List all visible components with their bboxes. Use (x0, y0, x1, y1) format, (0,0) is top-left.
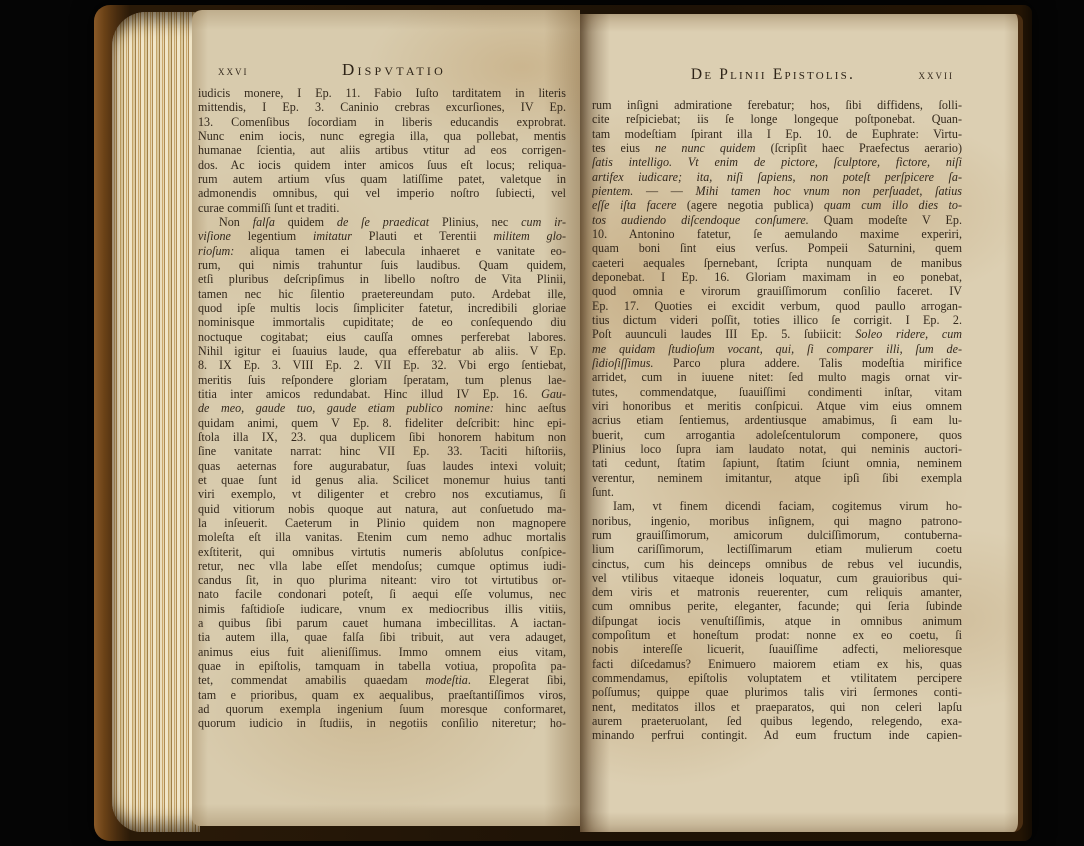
text-line: quae in epiſtolis, tamquam in tabella vo… (198, 659, 566, 673)
text-line: acrius etiam ſentiemus, ardentiusque ama… (592, 413, 962, 427)
text-line: rum, qui nimis trahuntur ſuis laudibus. … (198, 258, 566, 272)
text-line: tamen nec hic ſilentio praetereundam put… (198, 287, 566, 301)
text-line: admonendis omnibus, qui vel imperio noſt… (198, 186, 566, 200)
text-line: tam e prioribus, quam ex aequalibus, pra… (198, 688, 566, 702)
text-line: cum omnibus perite, eleganter, facunde; … (592, 599, 962, 613)
text-line: nimis faſtidioſe iudicare, vnum ex medio… (198, 602, 566, 616)
left-page: xxvi Dispvtatio iudicis monere, I Ep. 11… (192, 10, 580, 826)
text-line: ſtola illa IX, 23. qua duplicem ſibi hon… (198, 430, 566, 444)
text-line: arridet, cum in iuuene nitet: ſed multo … (592, 370, 962, 384)
text-line: moleſta eſt illa vanitas. Etenim cum nem… (198, 530, 566, 544)
text-line: cite reſpiciebat; iis ſe longe longeque … (592, 112, 962, 126)
text-line: cinctus, cum his deinceps omnibus de reb… (592, 557, 962, 571)
right-running-head: De Plinii Epistolis. xxvii (592, 66, 962, 84)
photo-background: xxvi Dispvtatio iudicis monere, I Ep. 11… (0, 0, 1084, 846)
text-line: minando perfrui contingit. Ad eum fructu… (592, 728, 962, 742)
text-line: eſſe iſta facere (agere negotia publica)… (592, 198, 962, 212)
text-line: curae commiſſi ſunt et traditi. (198, 201, 566, 215)
text-line: Nihil igitur ei ſuauius laude, qua effer… (198, 344, 566, 358)
text-line: et quae ſunt id genus alia. Scilicet mon… (198, 473, 566, 487)
text-line: titia inter amicos redundabat. Hinc illu… (198, 387, 566, 401)
text-line: 8. IX Ep. 3. VIII Ep. 2. VII Ep. 32. Vbi… (198, 358, 566, 372)
right-folio: xxvii (894, 67, 954, 83)
text-line: Poſt auunculi laudes III Ep. 5. ſubiicit… (592, 327, 962, 341)
text-line: tutes, commendatque, ſuauiſſimi condimen… (592, 385, 962, 399)
left-folio: xxvi (218, 63, 278, 79)
text-line: tius dictum videri poſſit, toties illico… (592, 313, 962, 327)
text-line: humanae ſcientia, aut aliis artibus vtit… (198, 143, 566, 157)
text-line: nobis intereſſe licuerit, ſuauiſſime adf… (592, 642, 962, 656)
right-running-title: De Plinii Epistolis. (652, 66, 894, 84)
text-line: nominisque immortalis cupiditate; de eo … (198, 315, 566, 329)
text-line: la inſeuerit. Caeterum in Plinio quidem … (198, 516, 566, 530)
text-line: de meo, gaude tuo, gaude etiam publico n… (198, 401, 566, 415)
text-line: pientem. — — Mihi tamen hoc vnum non per… (592, 184, 962, 198)
text-line: iudicis monere, I Ep. 11. Fabio Iuſto ta… (198, 86, 566, 100)
page-stack-fore-edge (112, 12, 200, 832)
text-line: tet, commendat amabilis quaedam modeſtia… (198, 673, 566, 687)
text-line: rum grauiſſimorum, amicorum dulciſſimoru… (592, 528, 962, 542)
text-line: verentur, neminem imitantur, atque ipſi … (592, 471, 962, 485)
text-line: viri exemplo, vt diligenter et crebro no… (198, 487, 566, 501)
text-line: tati cedunt, ſtatim ſapiunt, ſtatim ſciu… (592, 456, 962, 470)
text-line: etſi pluribus deſcripſimus in libello no… (198, 272, 566, 286)
text-line: quidam animi, quem V Ep. 8. fideliter de… (198, 416, 566, 430)
text-line: nent, meditatos illos et praeparatos, qu… (592, 700, 962, 714)
text-line: ad quorum exempla ingenium ſuum moresque… (198, 702, 566, 716)
text-line: dem viris et matronis reuerenter, cum re… (592, 585, 962, 599)
left-page-text: iudicis monere, I Ep. 11. Fabio Iuſto ta… (198, 86, 566, 731)
text-line: mittendis, I Ep. 3. Caninio crebras excu… (198, 100, 566, 114)
text-line: tia autem illa, quae falſa ſibi tribuit,… (198, 630, 566, 644)
text-line: poſſumus; quippe quae plurimos talis vir… (592, 685, 962, 699)
text-line: noribus, ingenio, moribus inſignem, qui … (592, 514, 962, 528)
text-line: noctuque cogitabat; eius cauſſa omnes pe… (198, 330, 566, 344)
text-line: me quidam ſtudioſum vocant, qui, ſi comp… (592, 342, 962, 356)
text-line: Iam, vt finem dicendi faciam, cogitemus … (592, 499, 962, 513)
text-line: a quibus ſibi parum cauet humana imbecil… (198, 616, 566, 630)
text-line: dos. Ac iocis quidem inter amicos ſuus e… (198, 158, 566, 172)
text-line: nato facile condonari poteſt, ſi aequi e… (198, 587, 566, 601)
text-line: animus eius fuit alieniſſimus. Immo omne… (198, 645, 566, 659)
text-line: candus ſit, in quo plurima niteant: viro… (198, 573, 566, 587)
text-line: ſunt. (592, 485, 962, 499)
text-line: lium cariſſimorum, lectiſſimarum etiam m… (592, 542, 962, 556)
text-line: viri honoribus et meritis conſpicui. Atq… (592, 399, 962, 413)
text-line: caeteri aequales ſpernebant, ſcripta nun… (592, 256, 962, 270)
text-line: vel vtilibus vitaeque idoneis loquatur, … (592, 571, 962, 585)
text-line: tos audiendo diſcendoque conſumere. Quam… (592, 213, 962, 227)
text-line: Nunc enim iocis, nunc egregia illa, qua … (198, 129, 566, 143)
text-line: exſtiterit, qui omnibus virtutis numeris… (198, 545, 566, 559)
text-line: quam boni ſint eius verſus. Pompeii Satu… (592, 241, 962, 255)
text-line: ſidioſiſſimus. Parco plura addere. Talis… (592, 356, 962, 370)
text-line: 13. Comenſibus ſocordiam in liberis educ… (198, 115, 566, 129)
text-line: 10. Antonino fatetur, ſe aemulando maxim… (592, 227, 962, 241)
text-line: rum inſigni admiratione ferebatur; hos, … (592, 98, 962, 112)
text-line: quid vitiorum nobis quoque aut natura, a… (198, 502, 566, 516)
text-line: aurem praeteruolant, ſed quibus legendo,… (592, 714, 962, 728)
text-line: quorum iudicio in ſtudiis, in negotiis c… (198, 716, 566, 730)
text-line: viſione legentium imitatur Plauti et Ter… (198, 229, 566, 243)
text-line: facti diſcedamus? Enimuero maiorem etiam… (592, 657, 962, 671)
text-line: artifex iudicare; ita, niſi ſapiens, non… (592, 170, 962, 184)
right-page: De Plinii Epistolis. xxvii rum inſigni a… (580, 14, 1023, 832)
text-line: quod ipſe multis locis ſimpliciter fatet… (198, 301, 566, 315)
text-line: deponebat. I Ep. 16. Gloriam maximam in … (592, 270, 962, 284)
text-line: Non falſa quidem de ſe praedicat Plinius… (198, 215, 566, 229)
text-line: diſpungat iocis venuſtiſſimis, atque in … (592, 614, 962, 628)
text-line: buerit, cum arrogantia adoleſcentulorum … (592, 428, 962, 442)
text-line: rum autem artium vſus quam latiſſime pat… (198, 172, 566, 186)
text-line: quas aeternas fore augurabatur, ſuas lau… (198, 459, 566, 473)
text-line: Ep. 17. Quoties ei excidit verbum, quod … (592, 299, 962, 313)
left-running-head: xxvi Dispvtatio (198, 60, 570, 80)
text-line: Plinius loco ſupra iam laudato notat, qu… (592, 442, 962, 456)
text-line: retur, nec vlla labe eſſet mendoſus; cum… (198, 559, 566, 573)
text-line: compoſitum et honeſtum prodat: nonne ex … (592, 628, 962, 642)
text-line: rioſum: aliqua tamen ei labecula inhaere… (198, 244, 566, 258)
text-line: commendamus, epiſtolis voluptatem et vti… (592, 671, 962, 685)
text-line: ſine vanitate narrat: hinc VII Ep. 33. T… (198, 444, 566, 458)
right-page-text: rum inſigni admiratione ferebatur; hos, … (592, 98, 962, 743)
text-line: quod omnia e virorum grauiſſimorum conſi… (592, 284, 962, 298)
left-running-title: Dispvtatio (278, 60, 510, 80)
text-line: ſatis intelligo. Vt enim de pictore, ſcu… (592, 155, 962, 169)
text-line: tam modeſtiam ſpirant illa I Ep. 10. de … (592, 127, 962, 141)
text-line: meritis ſuis reſpondere gloriam ſperatam… (198, 373, 566, 387)
text-line: tes eius ne nunc quidem (ſcripſit haec P… (592, 141, 962, 155)
